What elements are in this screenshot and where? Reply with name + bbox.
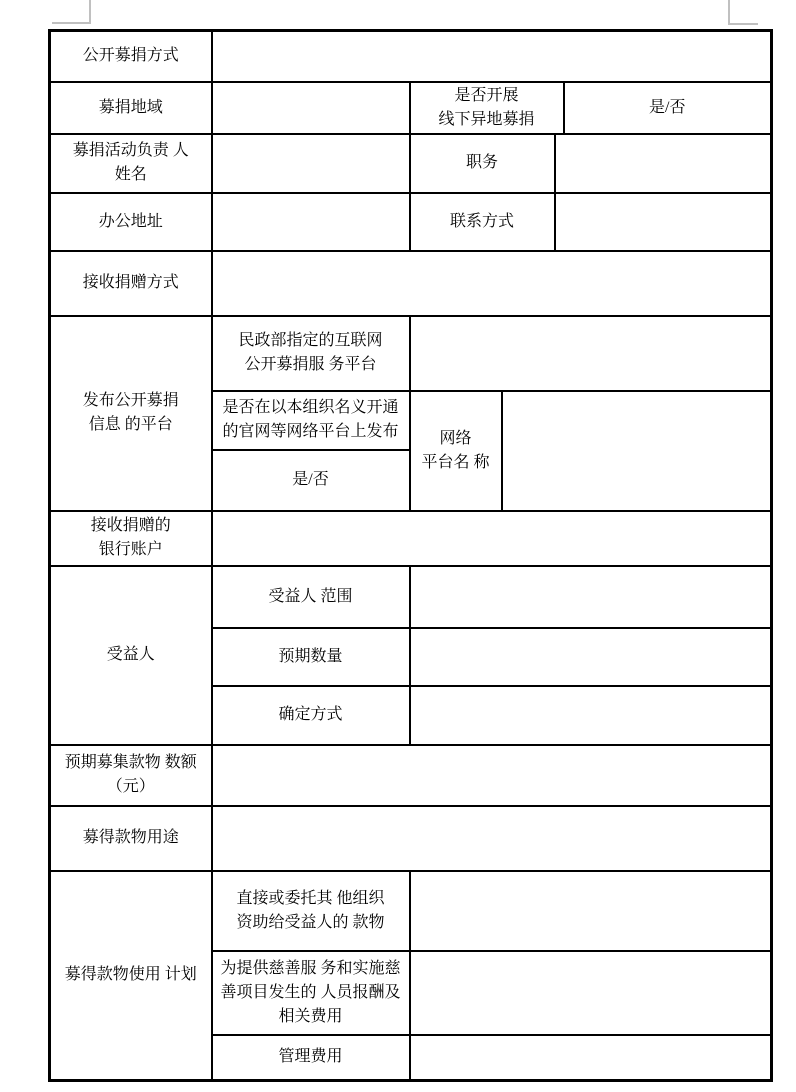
service-costs-label: 为提供慈善服 务和实施慈 善项目发生的 人员报酬及 相关费用: [212, 951, 410, 1035]
contact-method-value-cell[interactable]: [555, 193, 772, 251]
determination-method-label: 确定方式: [212, 686, 410, 745]
text-boundary-mark-left-vertical: [89, 0, 91, 23]
management-fee-value-cell[interactable]: [410, 1035, 772, 1081]
row-label-public-fundraising-method: 公开募捐方式: [50, 31, 212, 82]
bank-account-value-cell[interactable]: [212, 511, 772, 566]
management-fee-label: 管理费用: [212, 1035, 410, 1081]
row-label-funds-usage: 募得款物用途: [50, 806, 212, 871]
row-label-expected-amount: 预期募集款物 数额 （元）: [50, 745, 212, 806]
text-boundary-mark-right-vertical: [728, 0, 730, 24]
expected-quantity-label: 预期数量: [212, 628, 410, 686]
leader-name-value-cell[interactable]: [212, 134, 410, 193]
row-label-fundraising-region: 募捐地域: [50, 82, 212, 134]
offsite-fundraising-question-label: 是否开展 线下异地募捐: [410, 82, 564, 134]
determination-method-value-cell[interactable]: [410, 686, 772, 745]
public-fundraising-method-value-cell[interactable]: [212, 31, 772, 82]
own-website-question-label: 是否在以本组织名义开通 的官网等网络平台上发布: [212, 391, 410, 450]
network-platform-name-value-cell[interactable]: [502, 391, 772, 511]
row-label-usage-plan: 募得款物使用 计划: [50, 871, 212, 1081]
service-costs-value-cell[interactable]: [410, 951, 772, 1035]
text-boundary-mark-left-horizontal: [52, 22, 91, 24]
fundraising-region-value-cell[interactable]: [212, 82, 410, 134]
contact-method-label: 联系方式: [410, 193, 555, 251]
row-label-office-address: 办公地址: [50, 193, 212, 251]
row-label-beneficiary: 受益人: [50, 566, 212, 745]
row-label-leader-name: 募捐活动负责 人 姓名: [50, 134, 212, 193]
position-label: 职务: [410, 134, 555, 193]
office-address-value-cell[interactable]: [212, 193, 410, 251]
network-platform-name-label: 网络 平台名 称: [410, 391, 502, 511]
direct-funding-value-cell[interactable]: [410, 871, 772, 951]
document-page: 公开募捐方式 募捐地域 是否开展 线下异地募捐 是/否 募捐活动负责 人 姓名 …: [0, 0, 796, 1092]
own-website-answer-cell[interactable]: 是/否: [212, 450, 410, 511]
direct-funding-label: 直接或委托其 他组织 资助给受益人的 款物: [212, 871, 410, 951]
beneficiary-scope-label: 受益人 范围: [212, 566, 410, 628]
fundraising-form-table: 公开募捐方式 募捐地域 是否开展 线下异地募捐 是/否 募捐活动负责 人 姓名 …: [48, 29, 773, 1082]
expected-quantity-value-cell[interactable]: [410, 628, 772, 686]
donation-receiving-method-value-cell[interactable]: [212, 251, 772, 316]
row-label-bank-account: 接收捐赠的 银行账户: [50, 511, 212, 566]
beneficiary-scope-value-cell[interactable]: [410, 566, 772, 628]
funds-usage-value-cell[interactable]: [212, 806, 772, 871]
row-label-info-platform: 发布公开募捐 信息 的平台: [50, 316, 212, 511]
position-value-cell[interactable]: [555, 134, 772, 193]
row-label-donation-receiving-method: 接收捐赠方式: [50, 251, 212, 316]
text-boundary-mark-right-horizontal: [728, 23, 758, 25]
mca-designated-platform-label: 民政部指定的互联网 公开募捐服 务平台: [212, 316, 410, 391]
mca-designated-platform-value-cell[interactable]: [410, 316, 772, 391]
expected-amount-value-cell[interactable]: [212, 745, 772, 806]
offsite-fundraising-answer-cell[interactable]: 是/否: [564, 82, 772, 134]
